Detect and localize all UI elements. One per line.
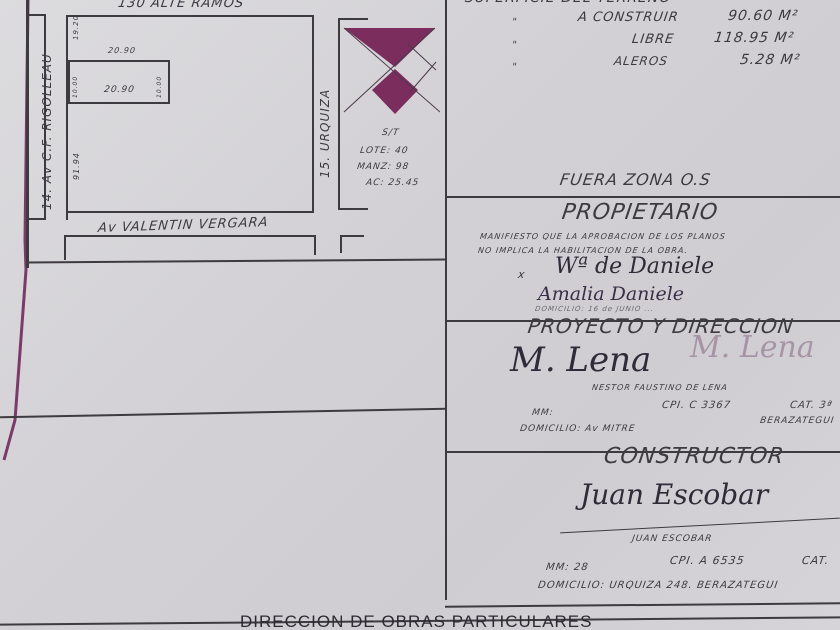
project-stamp-signature: M. Lena	[690, 330, 815, 365]
ditto-mark: "	[511, 62, 518, 73]
street-bottom: Av VALENTIN VERGARA	[97, 215, 269, 236]
owner-statement-1: MANIFIESTO QUE LA APROBACION DE LOS PLAN…	[479, 232, 726, 241]
building-dim-top: 20.90	[107, 46, 136, 55]
surface-value: 118.95 M²	[713, 30, 795, 46]
surface-value: 90.60 M²	[727, 8, 799, 24]
dim-top-side: 19.20	[72, 15, 80, 40]
building-dim-left: 10.00	[72, 76, 79, 98]
project-cpi: CPI. C 3367	[661, 400, 731, 411]
project-signature: M. Lena	[510, 340, 651, 380]
project-cat: CAT. 3ª	[789, 400, 833, 411]
street-right: 15. URQUIZA	[318, 89, 332, 178]
divider	[445, 602, 840, 607]
project-domicilio: DOMICILIO: Av MITRE	[519, 424, 636, 434]
owner-title: PROPIETARIO	[560, 200, 720, 225]
owner-signature-1: Wª de Daniele	[555, 254, 714, 279]
building-dim-right: 10.00	[156, 76, 163, 98]
surface-value: 5.28 M²	[739, 52, 802, 68]
constructor-name: JUAN ESCOBAR	[631, 534, 713, 544]
constructor-mm: MM: 28	[545, 562, 589, 573]
constructor-cpi: CPI. A 6535	[669, 554, 745, 567]
dim-left-side: 91.94	[72, 152, 81, 180]
divider-vertical	[445, 0, 447, 600]
lot-location-marker-icon	[340, 22, 440, 117]
surface-label: A CONSTRUIR	[577, 10, 680, 25]
building-footprint	[68, 60, 170, 104]
constructor-domicilio: DOMICILIO: URQUIZA 248. BERAZATEGUI	[537, 580, 779, 591]
building-dim-bottom: 20.90	[103, 85, 135, 95]
footer-title: DIRECCION DE OBRAS PARTICULARES	[240, 612, 593, 630]
owner-signature-2: Amalia Daniele	[538, 283, 684, 305]
signature-line	[560, 518, 840, 534]
owner-domicilio: DOMICILIO: 16 de JUNIO ...	[534, 305, 654, 313]
project-name: NESTOR FAUSTINO DE LENA	[591, 383, 728, 392]
plan-sheet: 130 ALTE RAMOS 14. Av C.F. RIGOLLEAU 15.…	[0, 0, 840, 630]
surface-label: ALEROS	[613, 54, 669, 68]
constructor-signature: Juan Escobar	[580, 478, 768, 511]
street-left: 14. Av C.F. RIGOLLEAU	[40, 53, 54, 210]
ditto-mark: "	[511, 40, 518, 51]
constructor-title: CONSTRUCTOR	[602, 444, 786, 469]
manzana-number: MANZ: 98	[356, 162, 410, 172]
constructor-cat: CAT.	[801, 554, 830, 567]
project-mm: MM:	[531, 408, 554, 418]
signature-mark: x	[517, 268, 526, 281]
surface-label: LIBRE	[631, 32, 675, 47]
divider	[445, 196, 840, 198]
lot-label: S/T	[381, 128, 400, 138]
fold-edge	[0, 0, 40, 630]
surfaces-header: SUPERFICIE DEL TERRENO	[464, 0, 673, 6]
divider	[0, 408, 446, 419]
zone-note: FUERA ZONA O.S	[559, 170, 713, 189]
area-value: AC: 25.45	[365, 178, 420, 188]
ditto-mark: "	[511, 17, 518, 28]
project-city: BERAZATEGUI	[759, 416, 835, 426]
divider	[26, 259, 446, 264]
street-top: 130 ALTE RAMOS	[117, 0, 245, 11]
lote-number: LOTE: 40	[359, 146, 409, 156]
